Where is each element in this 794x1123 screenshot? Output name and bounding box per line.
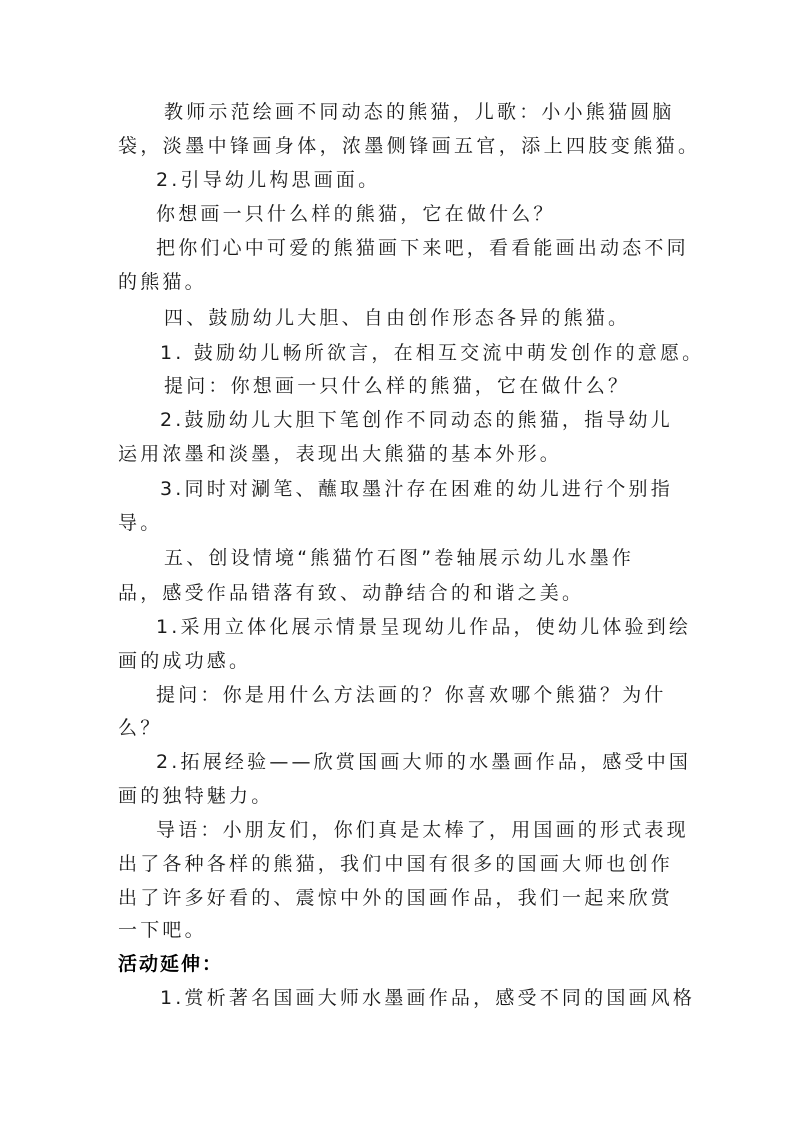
paragraph-line: 提问：你想画一只什么样的熊猫，它在做什么？ <box>164 374 630 398</box>
paragraph-line: 导语：小朋友们，你们真是太棒了，用国画的形式表现 <box>156 818 689 842</box>
paragraph-line: 你想画一只什么样的熊猫，它在做什么？ <box>156 202 556 226</box>
paragraph-line: 2.鼓励幼儿大胆下笔创作不同动态的熊猫，指导幼儿 <box>160 408 673 432</box>
paragraph-line: 教师示范绘画不同动态的熊猫，儿歌：小小熊猫圆脑 <box>164 100 675 124</box>
paragraph-line: 1. 鼓励幼儿畅所欲言，在相互交流中萌发创作的意愿。 <box>160 341 704 365</box>
paragraph-line: 一下吧。 <box>118 918 207 942</box>
paragraph-line: 提问：你是用什么方法画的？你喜欢哪个熊猫？为什 <box>156 683 667 707</box>
paragraph-line: 把你们心中可爱的熊猫画下来吧，看看能画出动态不同 <box>156 236 689 260</box>
document-page: 教师示范绘画不同动态的熊猫，儿歌：小小熊猫圆脑 袋，淡墨中锋画身体，浓墨侧锋画五… <box>0 0 794 1123</box>
paragraph-line: 2.引导幼儿构思画面。 <box>156 168 380 192</box>
section-heading-5: 五、创设情境“熊猫竹石图”卷轴展示幼儿水墨作 <box>164 546 634 570</box>
paragraph-line: 1.采用立体化展示情景呈现幼儿作品，使幼儿体验到绘 <box>156 615 691 639</box>
paragraph-line: 1.赏析著名国画大师水墨画作品，感受不同的国画风格 <box>160 986 695 1010</box>
paragraph-line: 么？ <box>118 716 162 740</box>
paragraph-line: 画的成功感。 <box>118 649 251 673</box>
paragraph-line: 2.拓展经验——欣赏国画大师的水墨画作品，感受中国 <box>156 750 691 774</box>
paragraph-line: 品，感受作品错落有致、动静结合的和谐之美。 <box>118 581 584 605</box>
paragraph-line: 运用浓墨和淡墨，表现出大熊猫的基本外形。 <box>118 442 562 466</box>
paragraph-line: 画的独特魅力。 <box>118 784 273 808</box>
paragraph-line: 的熊猫。 <box>118 270 207 294</box>
paragraph-line: 导。 <box>118 511 162 535</box>
activity-extension-heading: 活动延伸： <box>118 952 223 976</box>
paragraph-line: 袋，淡墨中锋画身体，浓墨侧锋画五官，添上四肢变熊猫。 <box>118 134 700 158</box>
paragraph-line: 出了各种各样的熊猫，我们中国有很多的国画大师也创作 <box>118 852 673 876</box>
section-heading-4: 四、鼓励幼儿大胆、自由创作形态各异的熊猫。 <box>164 306 630 330</box>
paragraph-line: 出了许多好看的、震惊中外的国画作品，我们一起来欣赏 <box>118 886 673 910</box>
paragraph-line: 3.同时对涮笔、蘸取墨汁存在困难的幼儿进行个别指 <box>160 477 673 501</box>
